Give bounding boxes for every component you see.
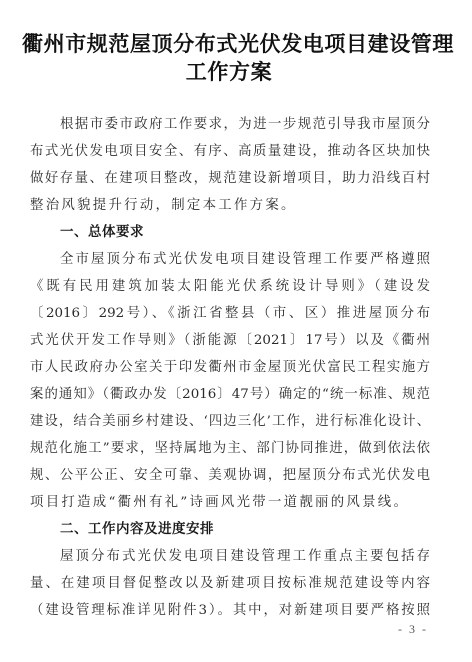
section1-line: 规范化施工”要求，坚持属地为主、部门协同推进，做到依法依: [30, 435, 430, 462]
document-title-line-1: 衢州市规范屋顶分布式光伏发电项目建设管理: [22, 30, 436, 58]
intro-line: 根据市委市政府工作要求，为进一步规范引导我市屋顶分: [30, 111, 430, 138]
section1-line: 建设，结合美丽乡村建设、‘四边三化’工作，进行标准化设计、: [30, 408, 430, 435]
section1-line: 《既有民用建筑加装太阳能光伏系统设计导则》（建设发: [30, 273, 430, 300]
section1-line: 全市屋顶分布式光伏发电项目建设管理工作要严格遵照: [30, 246, 430, 273]
intro-line: 做好存量、在建项目整改，规范建设新增项目，助力沿线百村: [30, 165, 430, 192]
section2-line: 屋顶分布式光伏发电项目建设管理工作重点主要包括存: [30, 543, 430, 570]
section1-line: 〔2016〕292号）、《浙江省整县（市、区）推进屋顶分布: [30, 300, 430, 327]
section1-line: 市人民政府办公室关于印发衢州市金屋顶光伏富民工程实施方: [30, 354, 430, 381]
document-page: 衢州市规范屋顶分布式光伏发电项目建设管理 工作方案 根据市委市政府工作要求，为进…: [0, 0, 472, 662]
section1-line: 项目打造成“衢州有礼”诗画风光带一道靓丽的风景线。: [30, 489, 430, 516]
section2-line: 量、在建项目督促整改以及新建项目按标准规范建设等内容: [30, 570, 430, 597]
section2-line: （建设管理标准详见附件3）。其中，对新建项目要严格按照: [30, 597, 430, 624]
page-number: - 3 -: [395, 622, 431, 637]
section-heading-general-requirements: 一、总体要求: [30, 219, 430, 246]
section-heading-work-content-schedule: 二、工作内容及进度安排: [30, 516, 430, 543]
section1-line: 式光伏开发工作导则》（浙能源〔2021〕17号）以及《衢州: [30, 327, 430, 354]
section1-line: 规、公平公正、安全可靠、美观协调，把屋顶分布式光伏发电: [30, 462, 430, 489]
document-title-line-2: 工作方案: [22, 58, 436, 86]
section1-line: 案的通知》（衢政办发〔2016〕47号）确定的“统一标准、规范: [30, 381, 430, 408]
intro-line: 布式光伏发电项目安全、有序、高质量建设，推动各区块加快: [30, 138, 430, 165]
document-body: 根据市委市政府工作要求，为进一步规范引导我市屋顶分 布式光伏发电项目安全、有序、…: [30, 111, 430, 624]
intro-line: 整治风貌提升行动，制定本工作方案。: [30, 192, 430, 219]
